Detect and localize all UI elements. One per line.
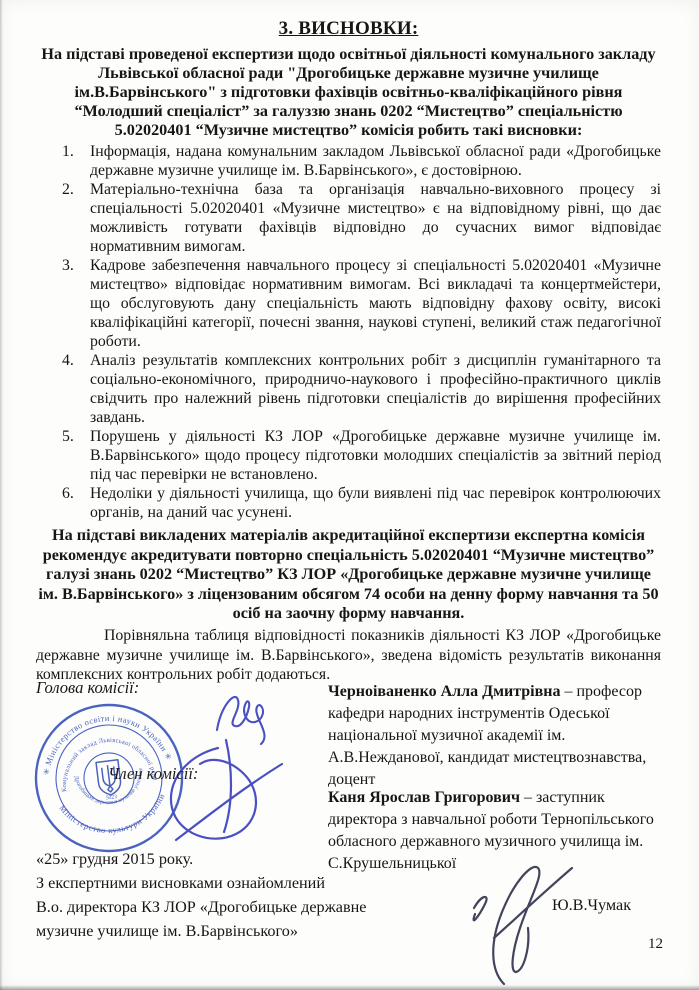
member-of-commission-label: Член комісії: <box>108 764 198 784</box>
recommendation-paragraph: На підставі викладених матеріалів акреди… <box>36 526 661 624</box>
director-signature-name: Ю.В.Чумак <box>552 896 631 915</box>
director-line-2: музичне училище ім. В.Барвінського» <box>36 922 298 941</box>
head-expert-block: Черноіваненко Алла Дмитрівна – професор … <box>328 681 668 791</box>
attachment-note: Порівняльна таблиця відповідності показн… <box>36 626 661 685</box>
conclusion-item-2: Матеріально-технічна база та організація… <box>62 180 661 256</box>
date-line: «25» грудня 2015 року. <box>36 850 193 869</box>
conclusion-item-5: Порушень у діяльності КЗ ЛОР «Дрогобицьк… <box>62 427 661 484</box>
conclusion-item-1: Інформація, надана комунальним закладом … <box>62 142 661 180</box>
head-signature-ink <box>210 686 292 748</box>
page-number: 12 <box>648 936 663 953</box>
conclusion-item-3: Кадрове забезпечення навчального процесу… <box>62 256 661 351</box>
scan-edge-bottom <box>0 985 699 990</box>
acknowledgement-line: З експертними висновками ознайомлений <box>36 874 325 893</box>
member-expert-name: Каня Ярослав Григорович <box>328 789 520 806</box>
conclusion-item-4: Аналіз результатів комплексних контрольн… <box>62 351 661 427</box>
document-title: 3. ВИСНОВКИ: <box>36 18 661 40</box>
document-body: 3. ВИСНОВКИ: На підставі проведеної експ… <box>0 0 699 685</box>
head-expert-name: Черноіваненко Алла Дмитрівна <box>328 683 560 700</box>
scan-edge-left <box>0 0 3 990</box>
conclusion-item-6: Недоліки у діяльності училища, що були в… <box>62 484 661 522</box>
director-line-1: В.о. директора КЗ ЛОР «Дрогобицьке держа… <box>36 898 366 917</box>
member-expert-block: Каня Ярослав Григорович – заступник дире… <box>328 787 668 875</box>
intro-paragraph: На підставі проведеної експертизи щодо о… <box>36 45 661 140</box>
head-of-commission-label: Голова комісії: <box>36 678 139 698</box>
document-page: 3. ВИСНОВКИ: На підставі проведеної експ… <box>0 0 699 990</box>
conclusions-list: Інформація, надана комунальним закладом … <box>36 142 661 522</box>
